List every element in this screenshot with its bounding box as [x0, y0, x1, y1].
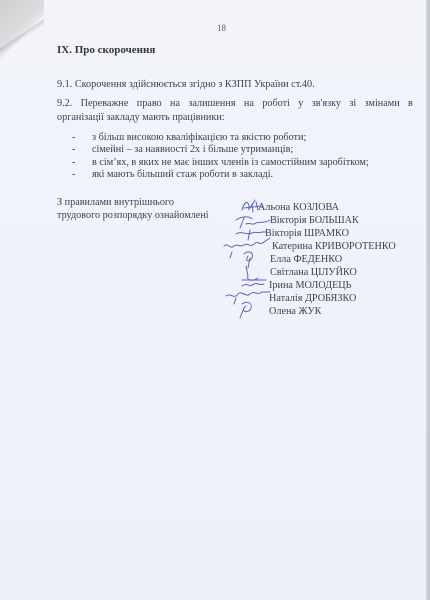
word: зі [349, 98, 356, 109]
signatory-name: Вікторія ШРАМКО [265, 228, 349, 239]
list-item: -сімейні – за наявності 2х і більше утри… [72, 144, 369, 156]
word: на [244, 98, 254, 109]
word: у [298, 98, 303, 109]
bullet-dash: - [72, 157, 92, 169]
signatory-name: Олена ЖУК [269, 306, 321, 317]
word: роботі [262, 98, 290, 109]
bullet-dash: - [72, 132, 92, 144]
page-number: 18 [217, 23, 226, 33]
signatory-name: Катерина КРИВОРОТЕНКО [272, 241, 396, 252]
paragraph-9-2-line2: організації закладу мають працівники: [57, 112, 225, 123]
criteria-list: -з більш високою кваліфікацією та якістю… [72, 132, 369, 181]
document-page [0, 0, 426, 600]
word: 9.2. [57, 98, 72, 109]
list-item: -в сім’ях, в яких не має інших членів із… [72, 157, 369, 169]
word: змінами [365, 98, 400, 109]
signatory-name: Вікторія БОЛЬШАК [270, 215, 359, 226]
bullet-dash: - [72, 169, 92, 181]
word: в [408, 98, 413, 109]
paragraph-9-2-line1: 9.2.Переважнеправоназалишеннянароботіузв… [57, 98, 413, 109]
signatory-name: Ірина МОЛОДЕЦЬ [269, 280, 352, 291]
word: право [137, 98, 162, 109]
word: зв'язку [312, 98, 341, 109]
signature-shramko [236, 230, 266, 240]
signature-bolshak [236, 217, 270, 228]
folded-corner-shadow [0, 0, 44, 62]
word: залишення [188, 98, 235, 109]
signature-tsiluiko [242, 266, 266, 280]
signatory-name: Альона КОЗЛОВА [258, 202, 339, 213]
page-edge [426, 0, 430, 600]
signatory-name: Елла ФЕДЕНКО [270, 254, 342, 265]
signature-molodets [242, 283, 264, 286]
signatory-name: Світлана ЦІЛУЙКО [270, 267, 357, 278]
list-item: -які мають більший стаж роботи в закладі… [72, 169, 369, 181]
list-item: -з більш високою кваліфікацією та якістю… [72, 132, 369, 144]
paragraph-9-1: 9.1. Скорочення здійснюється згідно з КЗ… [57, 79, 315, 90]
acknowledgement-line2: трудового розпорядку ознайомлені [57, 210, 209, 221]
signature-kryvorotenko [224, 238, 270, 258]
signatory-name: Наталія ДРОБЯЗКО [269, 293, 356, 304]
word: Переважне [81, 98, 129, 109]
signature-zhuk [240, 302, 251, 318]
word: на [170, 98, 180, 109]
bullet-dash: - [72, 144, 92, 156]
acknowledgement-line1: З правилами внутрішнього [57, 197, 174, 208]
section-title: IX. Про скорочення [57, 44, 155, 56]
signature-fedenko [244, 252, 252, 268]
